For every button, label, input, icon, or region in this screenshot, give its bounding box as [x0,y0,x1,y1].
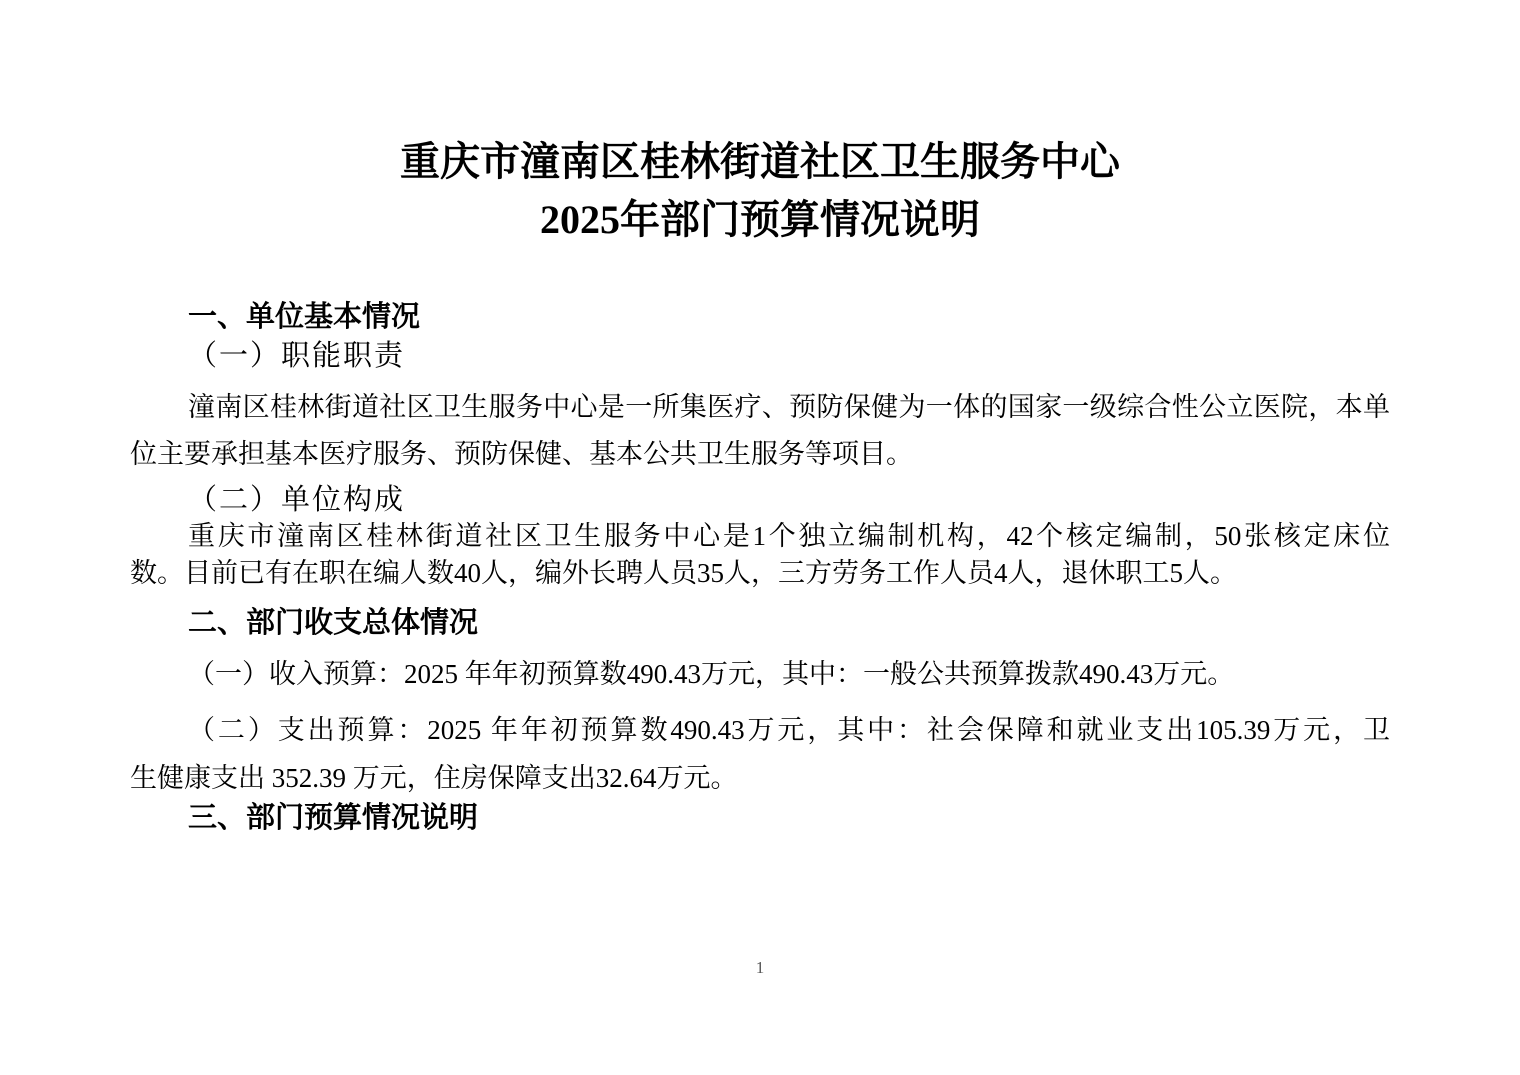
section1-paragraph-composition: 重庆市潼南区桂林街道社区卫生服务中心是1个独立编制机构，42个核定编制，50张核… [130,518,1390,592]
section2-expense-paragraph-line2: 生健康支出 352.39 万元，住房保障支出32.64万元。 [130,754,1390,802]
document-title-line1: 重庆市潼南区桂林街道社区卫生服务中心 [0,134,1520,190]
section2-heading: 二、部门收支总体情况 [130,606,1448,640]
document-page: 重庆市潼南区桂林街道社区卫生服务中心 2025年部门预算情况说明 一、单位基本情… [0,0,1520,1075]
section1-heading: 一、单位基本情况 [130,300,1448,334]
section1-paragraph-duties-line2: 位主要承担基本医疗服务、预防保健、基本公共卫生服务等项目。 [130,431,1390,478]
section1-paragraph-duties-line1: 潼南区桂林街道社区卫生服务中心是一所集医疗、预防保健为一体的国家一级综合性公立医… [130,384,1390,431]
section1-paragraph-duties: 潼南区桂林街道社区卫生服务中心是一所集医疗、预防保健为一体的国家一级综合性公立医… [130,384,1390,478]
section2-expense-paragraph: （二）支出预算：2025 年年初预算数490.43万元，其中：社会保障和就业支出… [130,706,1390,802]
document-title-line2: 2025年部门预算情况说明 [0,192,1520,248]
section1-paragraph-composition-line2: 数。目前已有在职在编人数40人，编外长聘人员35人，三方劳务工作人员4人，退休职… [130,555,1390,592]
section2-income-paragraph: （一）收入预算：2025 年年初预算数490.43万元，其中：一般公共预算拨款4… [130,654,1390,694]
section1-subheading-composition: （二）单位构成 [130,483,1448,517]
section3-heading: 三、部门预算情况说明 [130,801,1448,835]
section1-paragraph-composition-line1: 重庆市潼南区桂林街道社区卫生服务中心是1个独立编制机构，42个核定编制，50张核… [130,518,1390,555]
section2-expense-paragraph-line1: （二）支出预算：2025 年年初预算数490.43万元，其中：社会保障和就业支出… [130,706,1390,754]
page-number: 1 [0,956,1520,980]
section1-subheading-duties: （一）职能职责 [130,339,1448,373]
